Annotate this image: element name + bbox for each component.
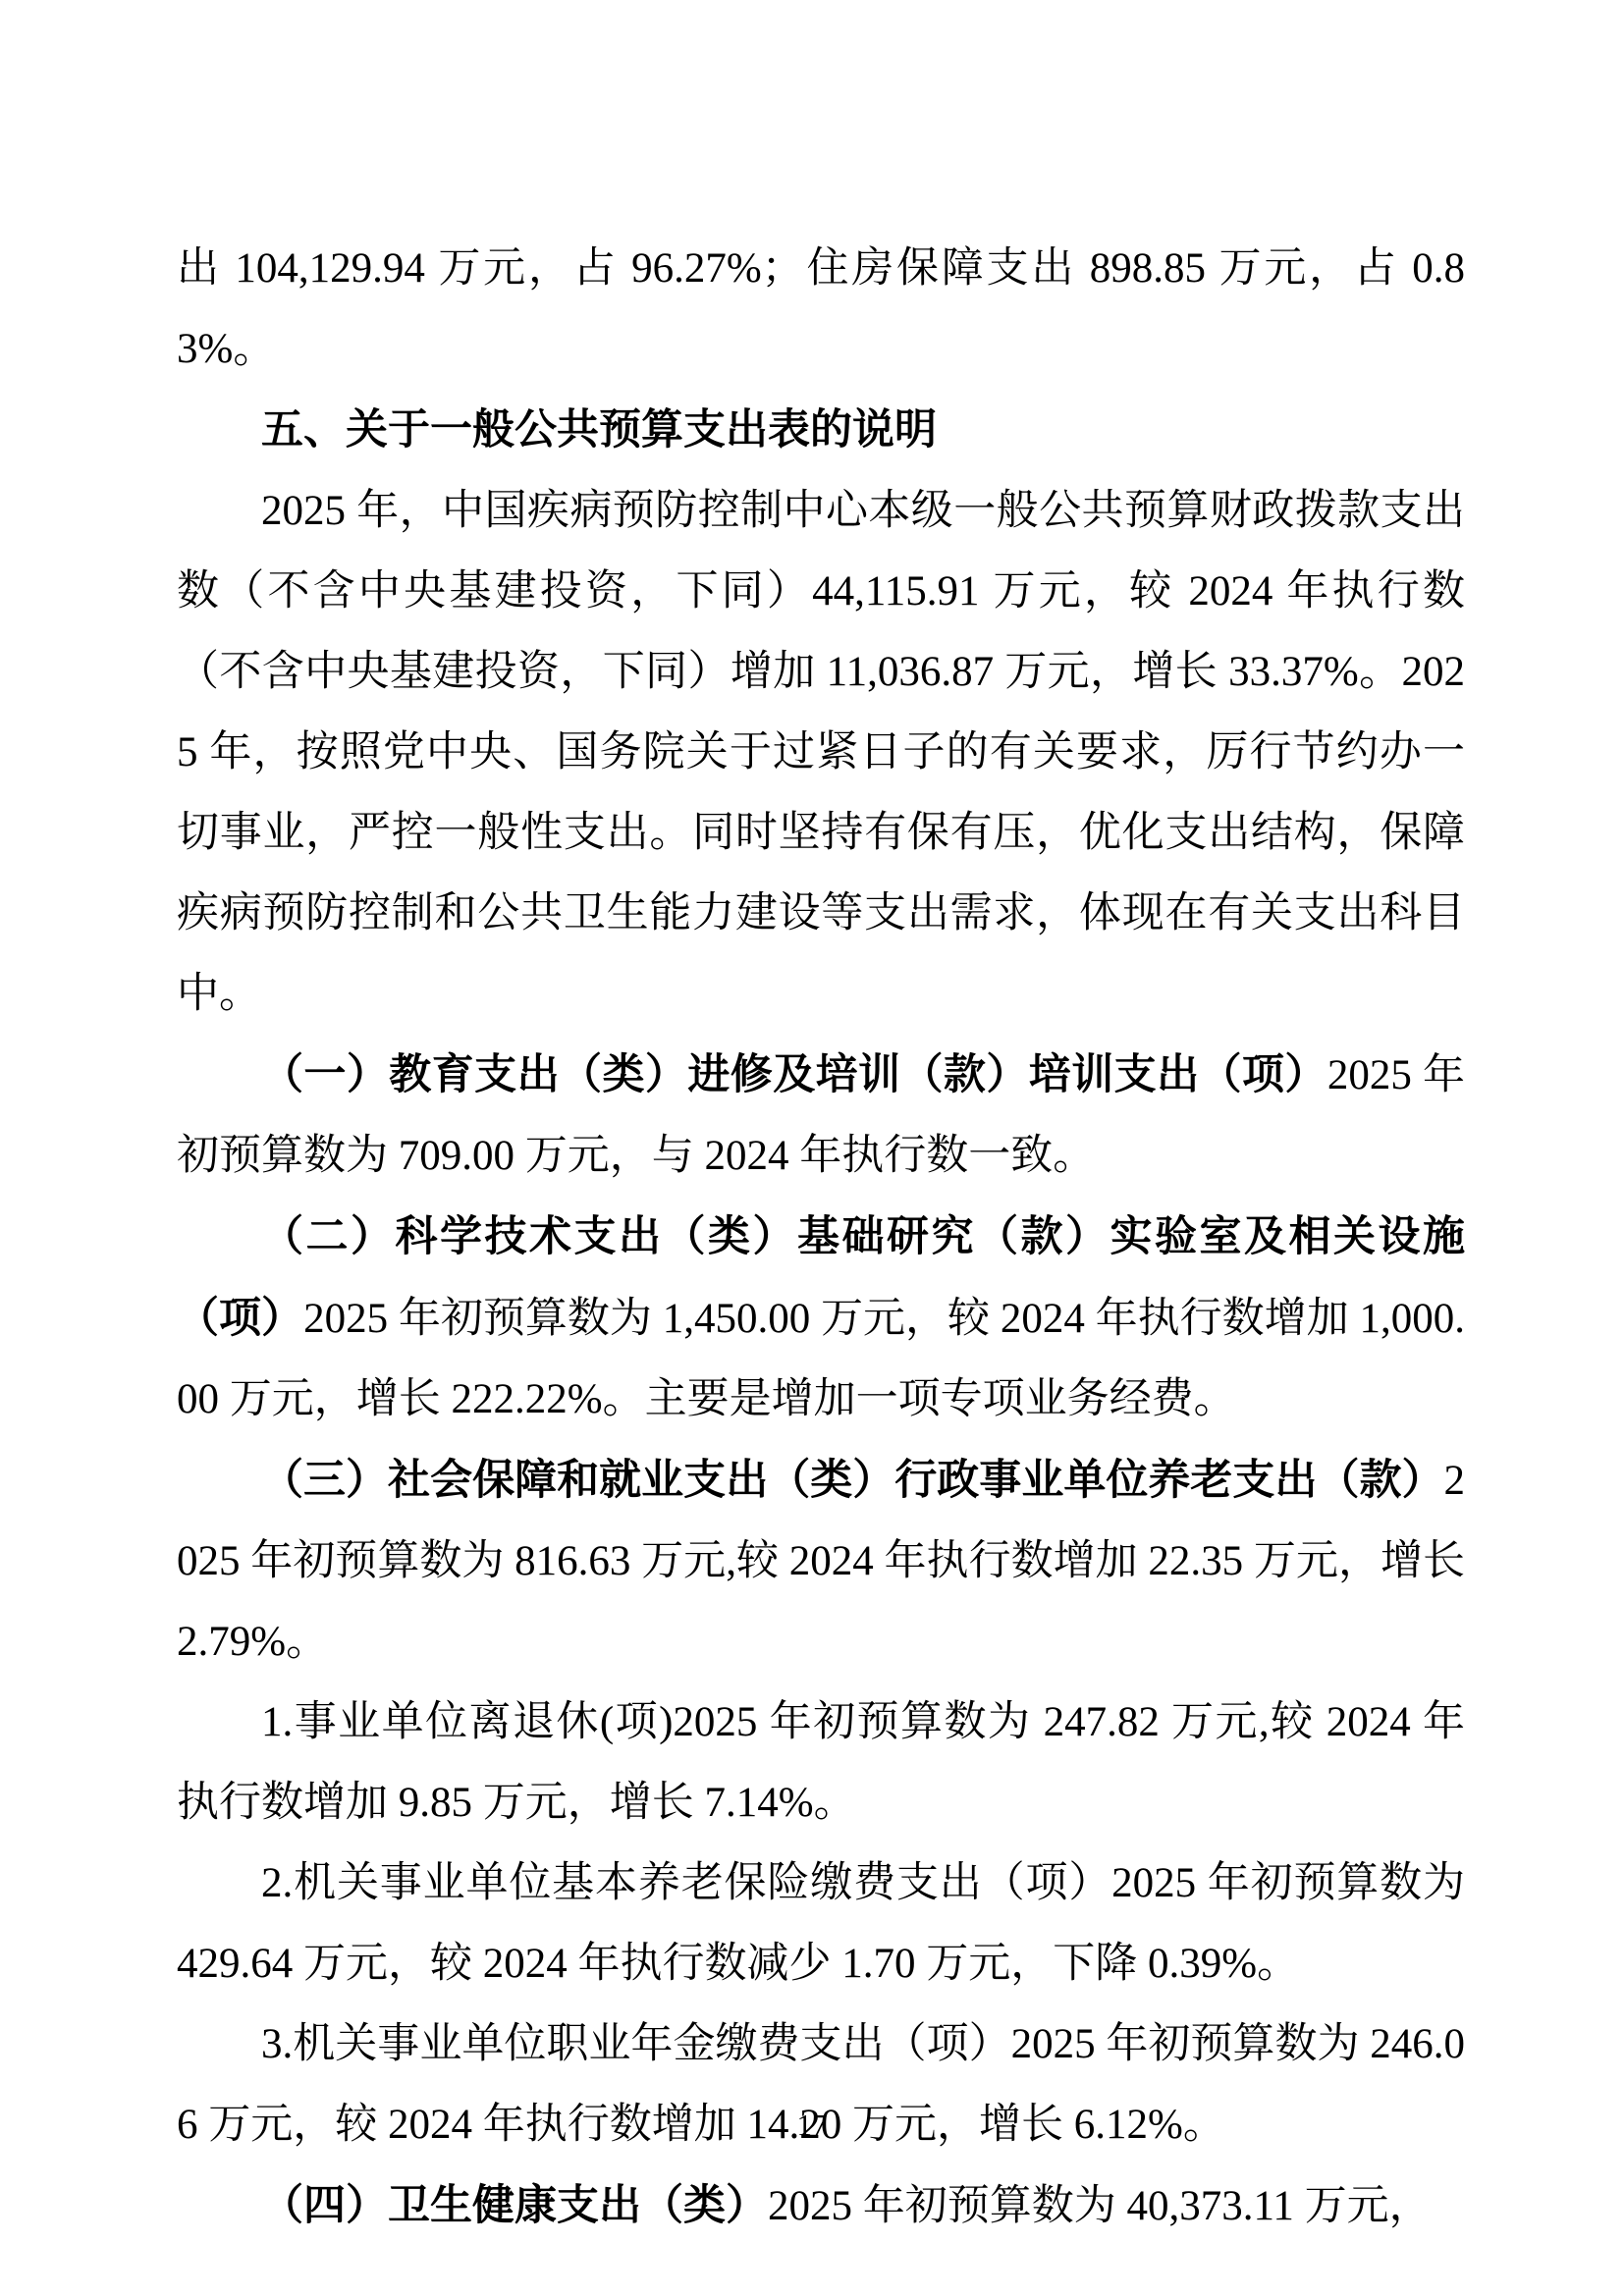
paragraph-item-3-sub-2: 2.机关事业单位基本养老保险缴费支出（项）2025 年初预算数为 429.64 … [177, 1843, 1465, 2004]
bold-heading-segment: 五、关于一般公共预算支出表的说明 [261, 406, 937, 454]
document-body: 出 104,129.94 万元，占 96.27%；住房保障支出 898.85 万… [177, 229, 1465, 2247]
text-segment: 2025 年初预算数为 1,450.00 万元，较 2024 年执行数增加 1,… [177, 1296, 1465, 1422]
paragraph-item-2-science: （二）科学技术支出（类）基础研究（款）实验室及相关设施（项）2025 年初预算数… [177, 1197, 1465, 1440]
section-heading-5: 五、关于一般公共预算支出表的说明 [177, 390, 1465, 471]
paragraph-item-1-education: （一）教育支出（类）进修及培训（款）培训支出（项）2025 年初预算数为 709… [177, 1035, 1465, 1197]
bold-heading-segment: （四）卫生健康支出（类） [261, 2182, 768, 2229]
page-number: 17 [797, 2108, 828, 2142]
paragraph-item-4-health: （四）卫生健康支出（类）2025 年初预算数为 40,373.11 万元， [177, 2165, 1465, 2247]
paragraph-continuation: 出 104,129.94 万元，占 96.27%；住房保障支出 898.85 万… [177, 229, 1465, 390]
text-segment: 出 104,129.94 万元，占 96.27%；住房保障支出 898.85 万… [177, 245, 1465, 372]
text-segment: 2025 年初预算数为 40,373.11 万元， [768, 2183, 1432, 2229]
paragraph-overview: 2025 年，中国疾病预防控制中心本级一般公共预算财政拨款支出数（不含中央基建投… [177, 471, 1465, 1035]
page-footer: 17 [0, 2107, 1624, 2144]
text-segment: 2.机关事业单位基本养老保险缴费支出（项）2025 年初预算数为 429.64 … [177, 1860, 1465, 1987]
document-page: 出 104,129.94 万元，占 96.27%；住房保障支出 898.85 万… [0, 0, 1624, 2296]
bold-heading-segment: （一）教育支出（类）进修及培训（款）培训支出（项） [261, 1051, 1327, 1098]
paragraph-item-3-sub-1: 1.事业单位离退休(项)2025 年初预算数为 247.82 万元,较 2024… [177, 1682, 1465, 1843]
text-segment: 1.事业单位离退休(项)2025 年初预算数为 247.82 万元,较 2024… [177, 1699, 1465, 1826]
text-segment: 2025 年，中国疾病预防控制中心本级一般公共预算财政拨款支出数（不含中央基建投… [177, 488, 1465, 1017]
bold-heading-segment: （三）社会保障和就业支出（类）行政事业单位养老支出（款） [261, 1457, 1444, 1504]
paragraph-item-3-social-security: （三）社会保障和就业支出（类）行政事业单位养老支出（款）2025 年初预算数为 … [177, 1440, 1465, 1682]
